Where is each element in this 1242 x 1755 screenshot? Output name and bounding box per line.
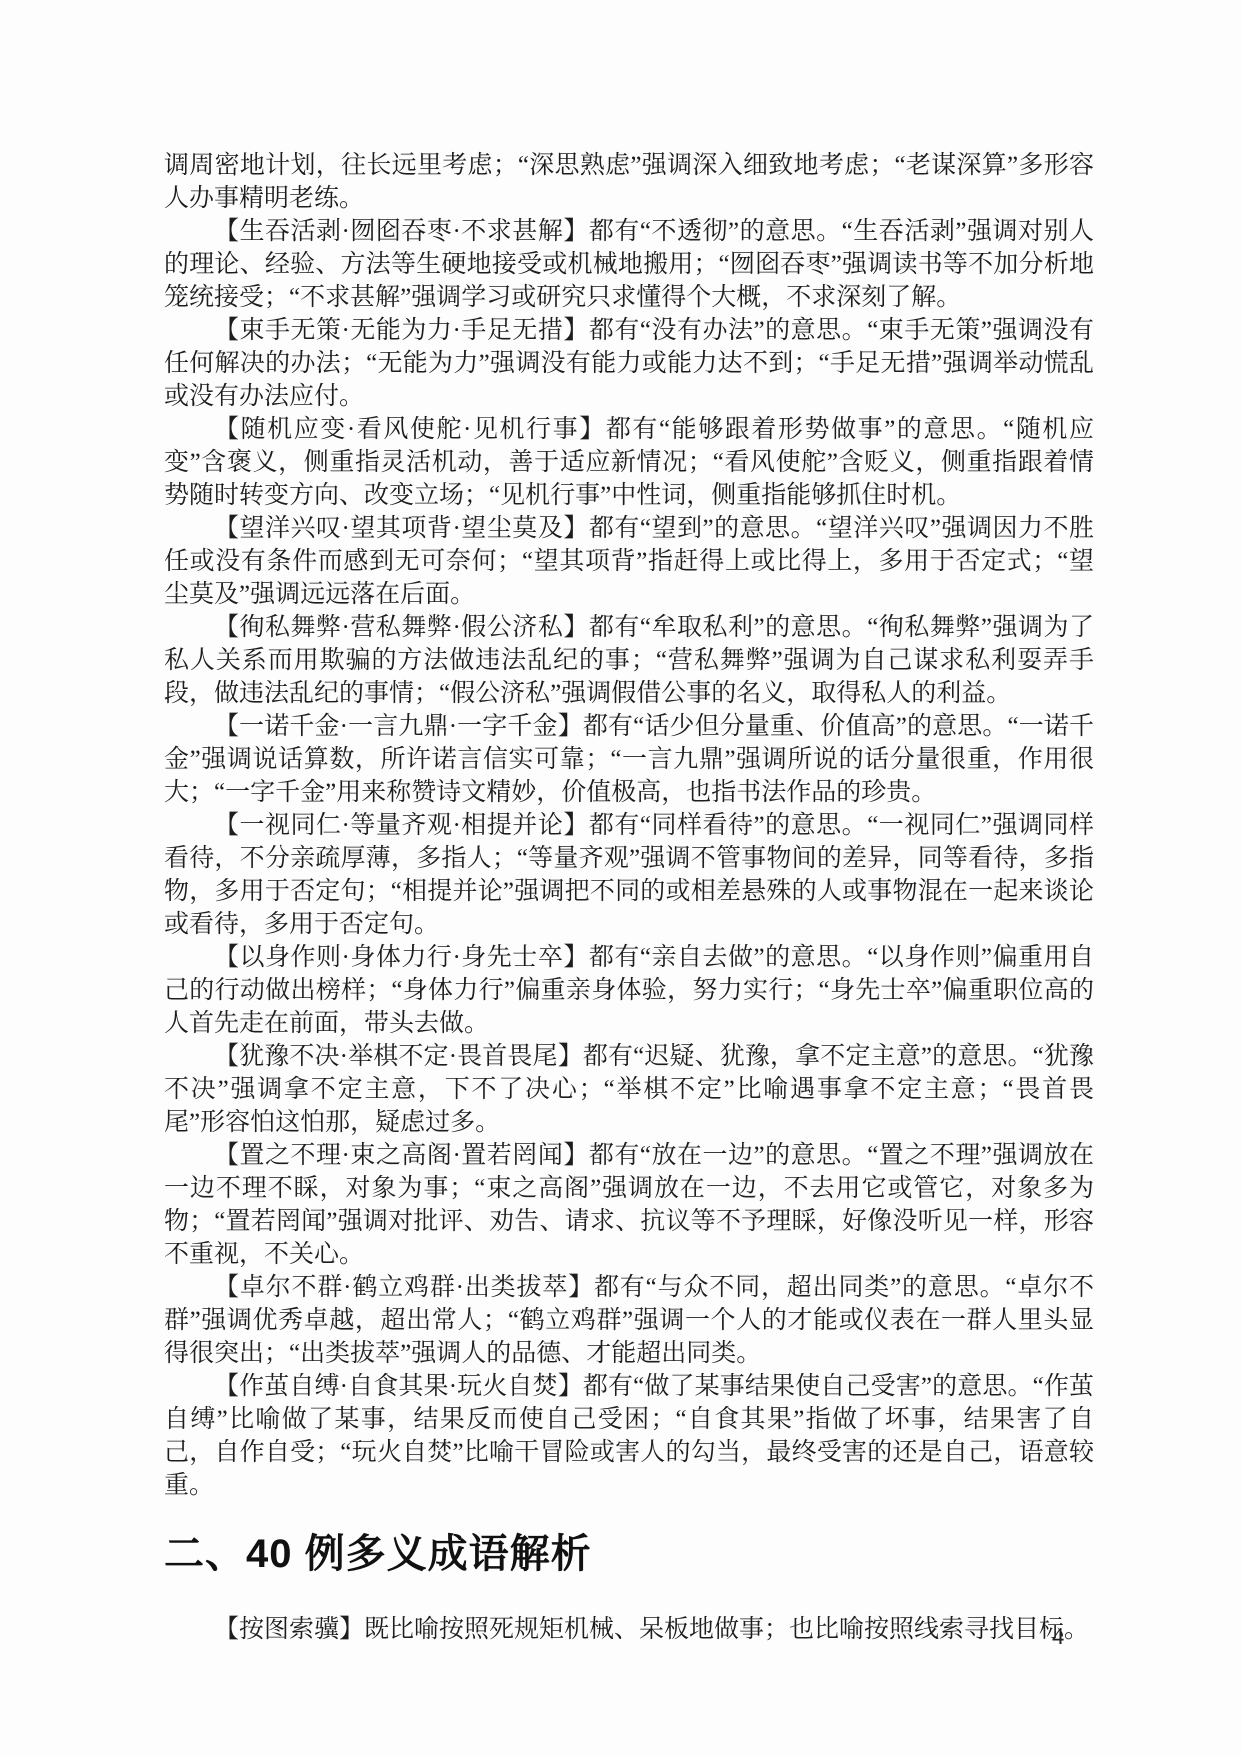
idiom-entry: 【望洋兴叹·望其项背·望尘莫及】都有“望到”的意思。“望洋兴叹”强调因力不胜任或… [164,512,1094,611]
idiom-entry: 【一视同仁·等量齐观·相提并论】都有“同样看待”的意思。“一视同仁”强调同样看待… [164,809,1094,941]
idiom-entry: 【按图索骥】既比喻按照死规矩机械、呆板地做事；也比喻按照线索寻找目标。 [164,1613,1094,1646]
document-page: 调周密地计划，往长远里考虑；“深思熟虑”强调深入细致地考虑；“老谋深算”多形容人… [0,0,1242,1755]
idiom-entry: 【以身作则·身体力行·身先士卒】都有“亲自去做”的意思。“以身作则”偏重用自己的… [164,941,1094,1040]
idiom-entry: 【生吞活剥·囫囵吞枣·不求甚解】都有“不透彻”的意思。“生吞活剥”强调对别人的理… [164,215,1094,314]
idiom-terms: 【按图索骥】 [214,1616,364,1643]
section-heading: 二、40 例多义成语解析 [164,1529,1094,1579]
idiom-entry: 【徇私舞弊·营私舞弊·假公济私】都有“牟取私利”的意思。“徇私舞弊”强调为了私人… [164,611,1094,710]
idiom-explanation: 既比喻按照死规矩机械、呆板地做事；也比喻按照线索寻找目标。 [364,1616,1089,1643]
idiom-terms: 【随机应变·看风使舵·见机行事】 [214,416,606,443]
idiom-terms: 【犹豫不决·举棋不定·畏首畏尾】 [214,1043,583,1070]
continuation-paragraph: 调周密地计划，往长远里考虑；“深思熟虑”强调深入细致地考虑；“老谋深算”多形容人… [164,149,1094,215]
idiom-terms: 【望洋兴叹·望其项背·望尘莫及】 [214,515,589,542]
idiom-terms: 【一诺千金·一言九鼎·一字千金】 [214,713,583,740]
body-text-block: 调周密地计划，往长远里考虑；“深思熟虑”强调深入细致地考虑；“老谋深算”多形容人… [164,149,1094,1646]
page-number: 4 [1036,1622,1080,1652]
idiom-entry: 【作茧自缚·自食其果·玩火自焚】都有“做了某事结果使自己受害”的意思。“作茧自缚… [164,1370,1094,1502]
idiom-terms: 【一视同仁·等量齐观·相提并论】 [214,812,589,839]
idiom-terms: 【徇私舞弊·营私舞弊·假公济私】 [214,614,589,641]
idiom-entry: 【一诺千金·一言九鼎·一字千金】都有“话少但分量重、价值高”的意思。“一诺千金”… [164,710,1094,809]
idiom-entry: 【犹豫不决·举棋不定·畏首畏尾】都有“迟疑、犹豫，拿不定主意”的意思。“犹豫不决… [164,1040,1094,1139]
idiom-entry: 【随机应变·看风使舵·见机行事】都有“能够跟着形势做事”的意思。“随机应变”含褒… [164,413,1094,512]
idiom-entry: 【束手无策·无能为力·手足无措】都有“没有办法”的意思。“束手无策”强调没有任何… [164,314,1094,413]
idiom-entry: 【卓尔不群·鹤立鸡群·出类拔萃】都有“与众不同，超出同类”的意思。“卓尔不群”强… [164,1271,1094,1370]
idiom-terms: 【卓尔不群·鹤立鸡群·出类拔萃】 [214,1274,594,1301]
idiom-terms: 【作茧自缚·自食其果·玩火自焚】 [214,1373,583,1400]
idiom-entry: 【置之不理·束之高阁·置若罔闻】都有“放在一边”的意思。“置之不理”强调放在一边… [164,1139,1094,1271]
idiom-terms: 【置之不理·束之高阁·置若罔闻】 [214,1142,589,1169]
idiom-terms: 【以身作则·身体力行·身先士卒】 [214,944,589,971]
idiom-terms: 【生吞活剥·囫囵吞枣·不求甚解】 [214,218,589,245]
idiom-terms: 【束手无策·无能为力·手足无措】 [214,317,589,344]
